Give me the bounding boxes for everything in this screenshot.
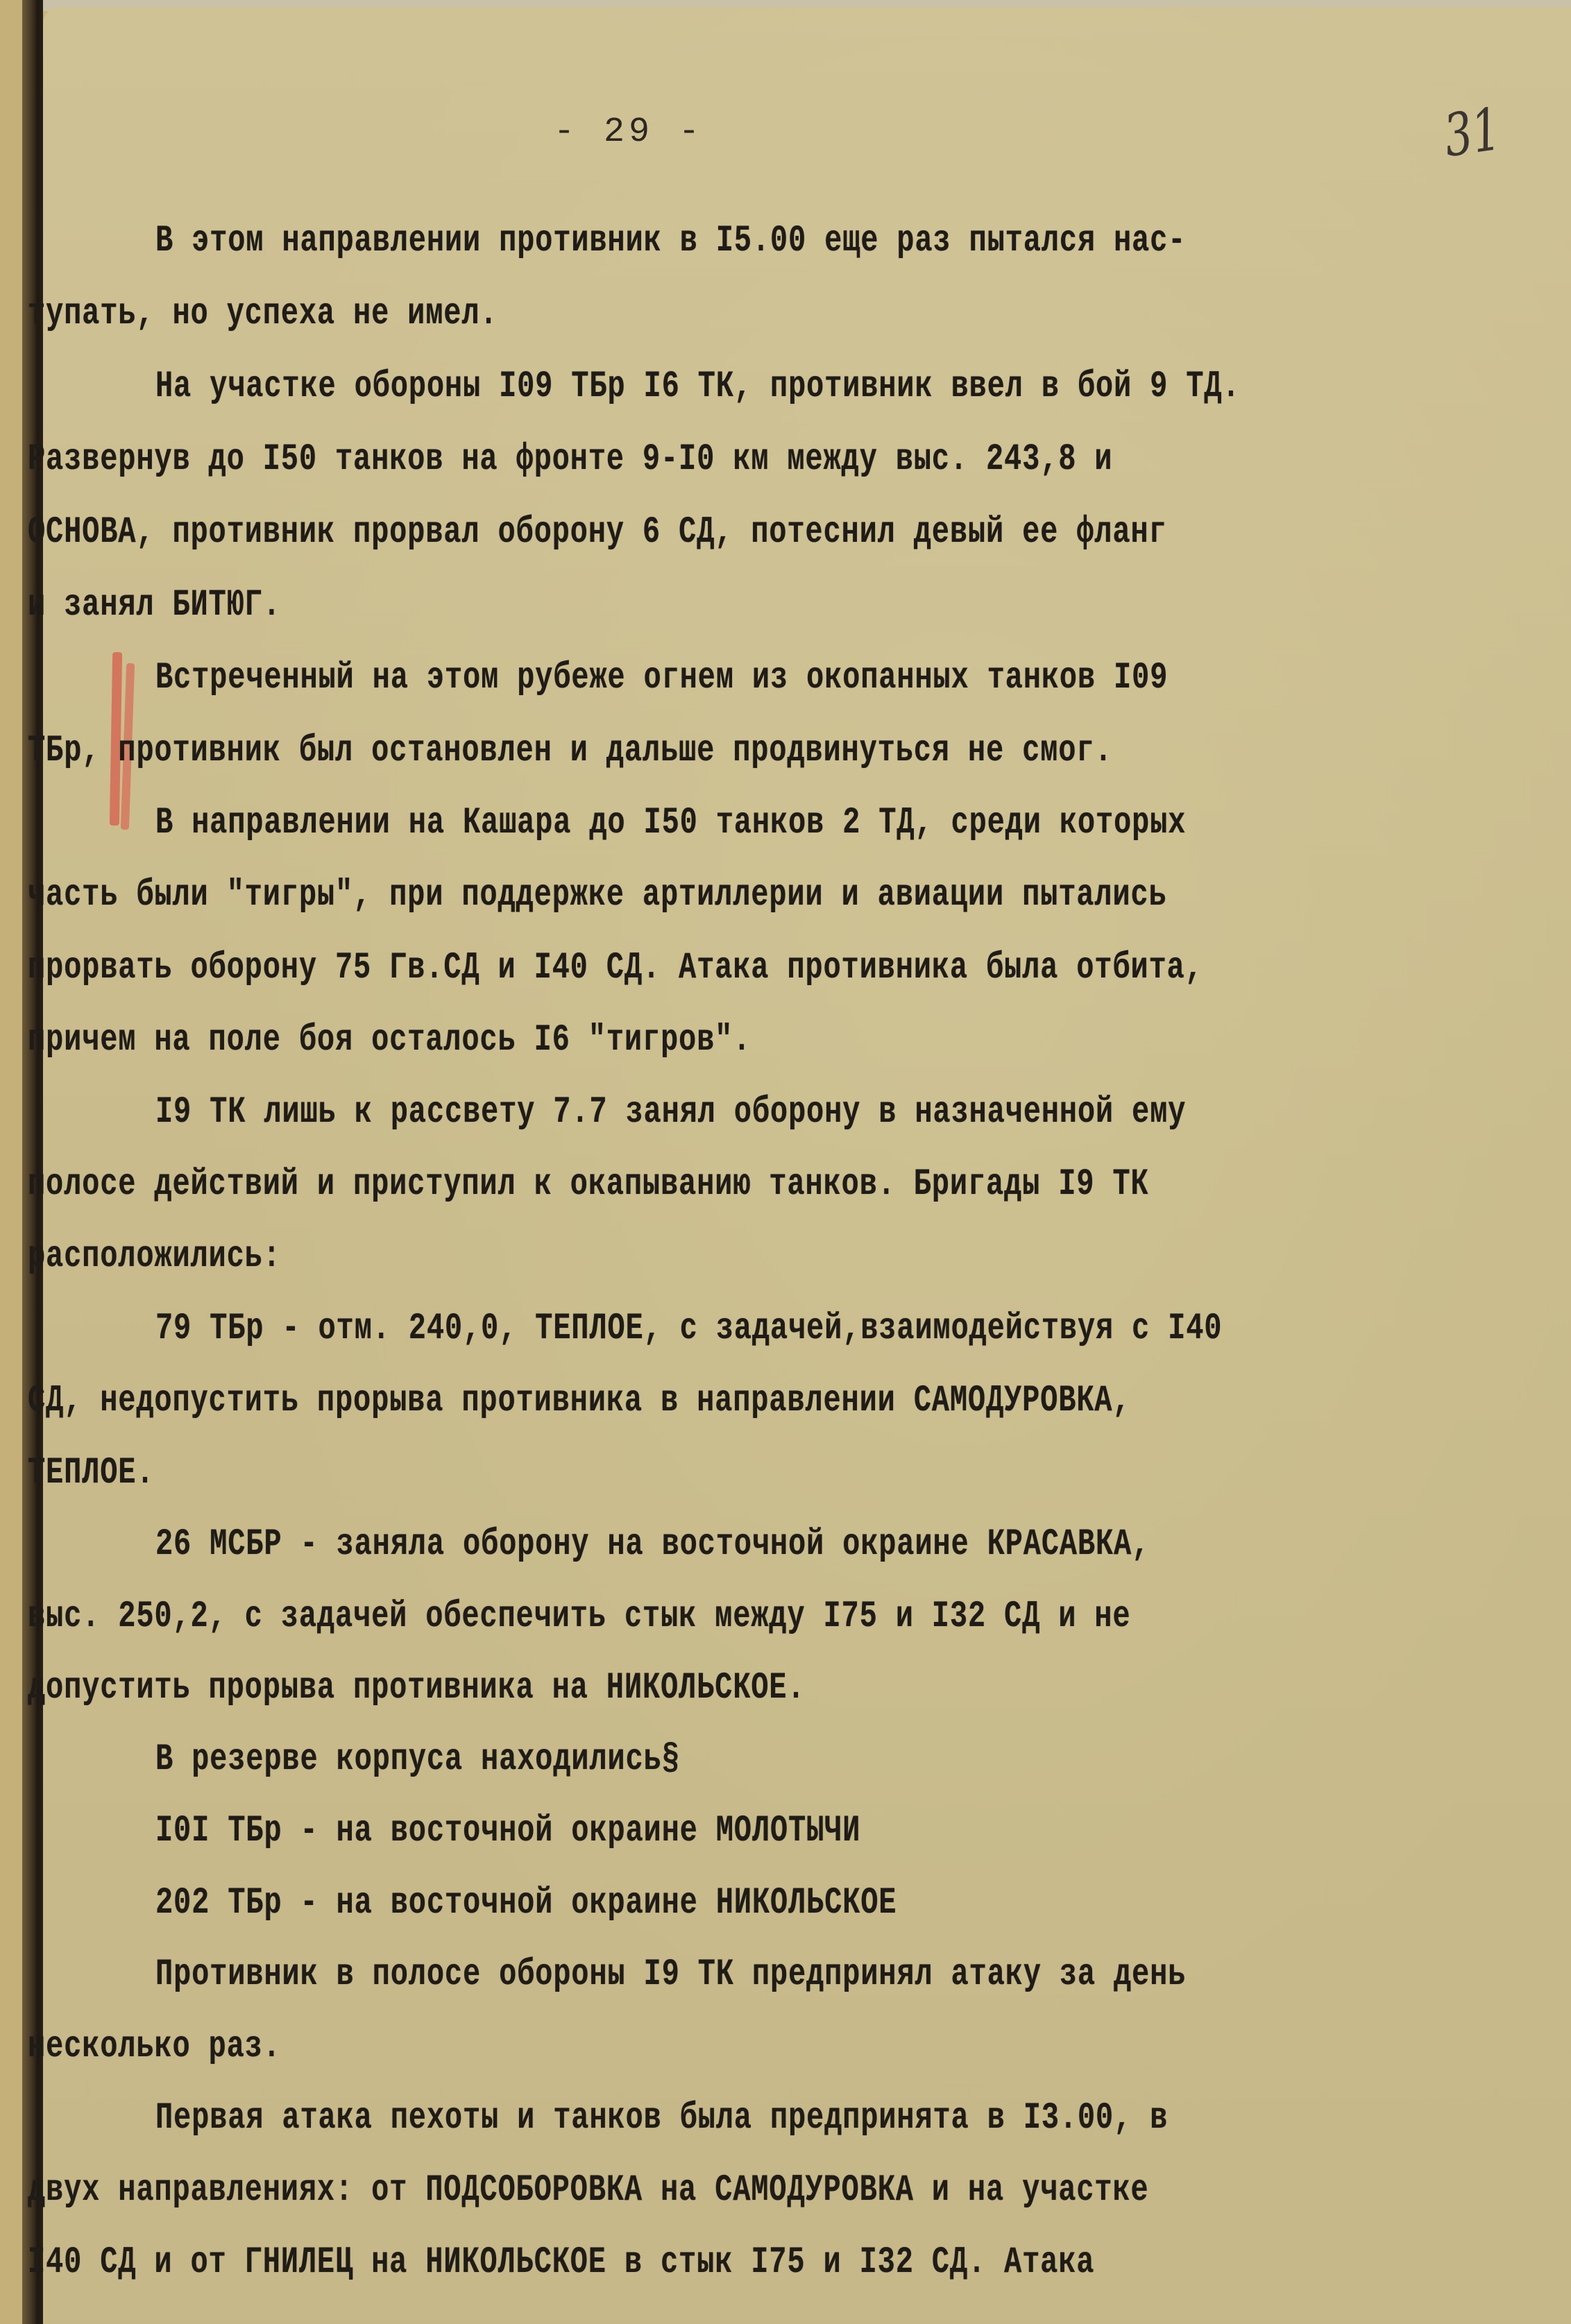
text-line: часть были "тигры", при поддержке артилл… — [28, 875, 1167, 916]
archive-sheet-number: 31 — [1440, 95, 1504, 170]
text-line: допустить прорыва противника на НИКОЛЬСК… — [28, 1668, 805, 1709]
text-line: 202 ТБр - на восточной окраине НИКОЛЬСКО… — [155, 1883, 897, 1924]
binding-edge — [22, 0, 43, 2324]
text-line: и занял БИТЮГ. — [28, 585, 281, 626]
text-line: Противник в полосе обороны I9 ТК предпри… — [155, 1954, 1186, 1996]
text-line: выс. 250,2, с задачей обеспечить стык ме… — [28, 1596, 1130, 1638]
text-line: I40 СД и от ГНИЛЕЦ на НИКОЛЬСКОЕ в стык … — [28, 2242, 1094, 2284]
text-line: ОСНОВА, противник прорвал оборону 6 СД, … — [28, 512, 1167, 554]
text-line: прорвать оборону 75 Гв.СД и I40 СД. Атак… — [28, 948, 1203, 989]
text-line: Первая атака пехоты и танков была предпр… — [155, 2098, 1168, 2139]
text-line: Развернув до I50 танков на фронте 9-I0 к… — [28, 439, 1112, 481]
text-line: На участке обороны I09 ТБр I6 ТК, против… — [155, 366, 1240, 408]
text-line: ТЕПЛОЕ. — [28, 1453, 154, 1494]
text-line: I9 ТК лишь к рассвету 7.7 занял оборону … — [155, 1092, 1186, 1134]
text-line: СД, недопустить прорыва противника в нап… — [28, 1381, 1130, 1422]
text-line: I0I ТБр - на восточной окраине МОЛОТЫЧИ — [155, 1811, 860, 1852]
text-line: тупать, но успеха не имел. — [28, 293, 498, 335]
text-line: ТБр, противник был остановлен и дальше п… — [28, 730, 1112, 772]
text-line: В этом направлении противник в I5.00 еще… — [155, 221, 1186, 262]
text-line: 79 ТБр - отм. 240,0, ТЕПЛОЕ, с задачей,в… — [155, 1308, 1222, 1350]
text-line: причем на поле боя осталось I6 "тигров". — [28, 1020, 751, 1061]
page-number: - 29 - — [554, 112, 704, 152]
background-strip — [0, 0, 24, 2324]
text-line: В направлении на Кашара до I50 танков 2 … — [155, 803, 1186, 844]
text-line: Встреченный на этом рубеже огнем из окоп… — [155, 658, 1168, 699]
text-line: двух направлениях: от ПОДСОБОРОВКА на СА… — [28, 2170, 1148, 2212]
text-line: В резерве корпуса находились§ — [155, 1739, 680, 1781]
text-line: расположились: — [28, 1236, 281, 1278]
text-line: 26 МСБР - заняла оборону на восточной ок… — [155, 1524, 1150, 1566]
text-line: несколько раз. — [28, 2026, 281, 2068]
text-line: полосе действий и приступил к окапыванию… — [28, 1164, 1148, 1206]
